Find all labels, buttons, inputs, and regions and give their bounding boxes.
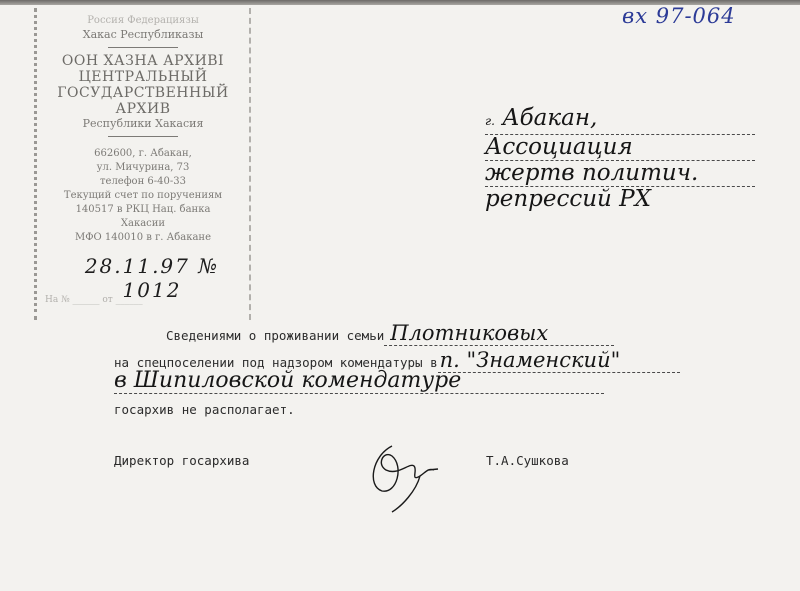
body-line-1: Сведениями о проживании семьиПлотниковых <box>166 321 614 346</box>
stamp-address-street: ул. Мичурина, 73 <box>37 161 249 175</box>
city-prefix: г. <box>485 114 495 128</box>
stamp-divider <box>108 136 178 137</box>
addressee-line: жертв политич. <box>485 161 755 187</box>
addressee-line: Ассоциация <box>485 135 755 161</box>
stamp-account-3: Хакасии <box>37 217 249 231</box>
archive-letterhead-stamp: Россия Федерациязы Хакас Республиказы ОО… <box>34 8 251 320</box>
addressee-block: г. Абакан, Ассоциация жертв политич. реп… <box>485 106 775 212</box>
handwritten-family-name: Плотниковых <box>384 321 614 346</box>
stamp-country: Россия Федерациязы <box>37 14 249 28</box>
stamp-divider <box>108 47 178 48</box>
stamp-account-1: Текущий счет по поручениям <box>37 189 249 203</box>
stamp-republic-khakassia: Республики Хакасия <box>37 117 249 131</box>
stamp-archive-state: ГОСУДАРСТВЕННЫЙ <box>37 85 249 101</box>
addressee-line: репрессий РХ <box>485 187 755 212</box>
body-printed-text: Сведениями о проживании семьи <box>166 328 384 343</box>
stamp-archive-central: ЦЕНТРАЛЬНЫЙ <box>37 69 249 85</box>
addressee-line: г. Абакан, <box>485 106 755 135</box>
stamp-archive-khakas: ООН ХАЗНА АРХИВI <box>37 53 249 69</box>
stamp-archive-word: АРХИВ <box>37 101 249 117</box>
signatory-name: Т.А.Сушкова <box>486 453 569 468</box>
signatory-title: Директор госархива <box>114 453 249 468</box>
stamp-mfo: МФО 140010 в г. Абакане <box>37 231 249 245</box>
stamp-phone: телефон 6-40-33 <box>37 175 249 189</box>
reference-number-field: На № ______ от ______ <box>45 295 143 305</box>
body-line-4: госархив не располагает. <box>114 402 295 417</box>
body-printed-text: госархив не располагает. <box>114 402 295 417</box>
stamp-address-city: 662600, г. Абакан, <box>37 147 249 161</box>
stamp-republic: Хакас Республиказы <box>37 28 249 42</box>
handwritten-commandant-office: в Шипиловской комендатуре <box>114 368 604 394</box>
addressee-city: Абакан, <box>502 105 597 131</box>
handwritten-signature-icon <box>362 436 452 516</box>
body-line-3: в Шипиловской комендатуре <box>114 368 604 394</box>
stamp-account-2: 140517 в РКЦ Нац. банка <box>37 203 249 217</box>
incoming-registration-mark: вх 97-064 <box>622 4 736 28</box>
